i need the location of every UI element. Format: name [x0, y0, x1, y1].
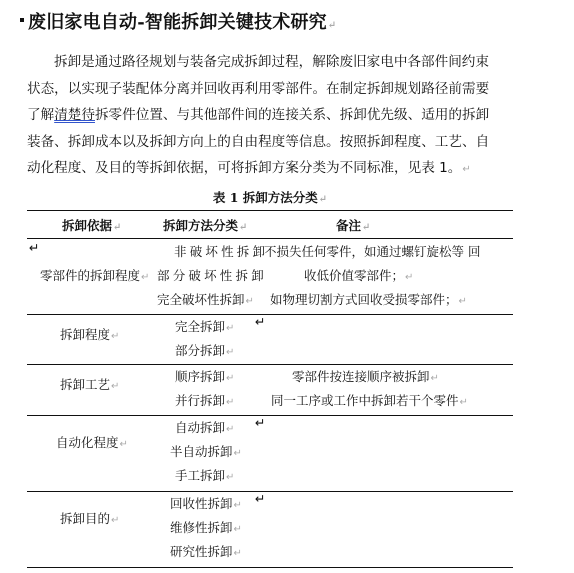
paragraph-mark-icon: ↵ [226, 323, 234, 334]
header-notes: 备注↵ [336, 216, 370, 234]
table-cell-method: 研究性拆卸↵ [170, 542, 242, 560]
paragraph-mark-icon: ↵ [431, 373, 439, 384]
table-cell-basis: 自动化程度↵ [56, 433, 128, 451]
table-top-rule [27, 210, 513, 211]
paragraph-mark-icon: ↵ [462, 164, 470, 175]
paragraph-mark-icon: ↵ [226, 397, 234, 408]
paragraph-mark-icon: ↵ [239, 222, 247, 233]
table-cell-method: 并行拆卸↵ [175, 391, 234, 409]
table-cell-method: 部分拆卸↵ [175, 341, 234, 359]
body-paragraph[interactable]: 拆卸是通过路径规划与装备完成拆卸过程，解除废旧家电中各部件间约束 状态，以实现子… [27, 49, 527, 182]
paragraph-mark-icon: ↵ [120, 439, 128, 450]
table-cell-method: 回收性拆卸↵ [170, 494, 242, 512]
title-text: 废旧家电自动-智能拆卸关键技术研究 [28, 12, 327, 33]
paragraph-mark-icon: ↵ [111, 515, 119, 526]
paragraph-mark-icon: ↵ [255, 491, 265, 506]
table-cell-basis: 零部件的拆卸程度↵ [40, 266, 149, 284]
text-run: 拆零件位置、与其他部件间的连接关系、拆卸优先级、适用的拆卸 [95, 107, 489, 123]
paragraph-mark-icon: ↵ [234, 448, 242, 459]
paragraph-mark-icon: ↵ [362, 222, 370, 233]
paragraph-mark-icon: ↵ [111, 331, 119, 342]
paragraph-mark-icon: ↵ [226, 347, 234, 358]
paragraph-line: 状态，以实现子装配体分离并回收再利用零部件。在制定拆卸规划路径前需要 [27, 76, 527, 103]
paragraph-mark-icon: ↵ [226, 472, 234, 483]
paragraph-mark-icon: ↵ [141, 272, 149, 283]
paragraph-mark-icon: ↵ [459, 296, 467, 307]
table-header-rule [27, 238, 513, 239]
table-row-rule [27, 415, 513, 416]
table-caption: 表 1 拆卸方法分类↵ [0, 188, 540, 206]
table-cell-note: 不损失任何零件，如通过螺钉旋松等 回 [264, 242, 480, 260]
header-basis: 拆卸依据↵ [62, 216, 121, 234]
table-row-rule [27, 491, 513, 492]
paragraph-line: 了解清楚待拆零件位置、与其他部件间的连接关系、拆卸优先级、适用的拆卸 [27, 102, 527, 129]
table-cell-note: 收低价值零部件；↵ [304, 266, 413, 284]
paragraph-mark-icon: ↵ [319, 194, 327, 205]
table-cell-note: 零部件按连接顺序被拆卸↵ [292, 367, 439, 385]
paragraph-mark-icon: ↵ [405, 272, 413, 283]
paragraph-line: 拆卸是通过路径规划与装备完成拆卸过程，解除废旧家电中各部件间约束 [27, 49, 527, 76]
table-cell-basis: 拆卸工艺↵ [60, 375, 119, 393]
paragraph-mark-icon: ↵ [29, 240, 39, 255]
table-cell-method: 完全破坏性拆卸↵ [157, 290, 254, 308]
caption-text: 表 1 拆卸方法分类 [213, 190, 318, 205]
text-run: 动化程度、及目的等拆卸依据，可将拆卸方案分类为不同标准，见表 1。 [27, 160, 461, 176]
table-row-rule [27, 314, 513, 315]
paragraph-mark-icon: ↵ [113, 222, 121, 233]
table-cell-method: 完全拆卸↵ [175, 317, 234, 335]
table-bottom-rule [27, 567, 513, 568]
paragraph-mark-icon: ↵ [246, 296, 254, 307]
table-cell-method: 半自动拆卸↵ [170, 442, 242, 460]
paragraph-mark-icon: ↵ [226, 424, 234, 435]
table-cell-method: 手工拆卸↵ [175, 466, 234, 484]
table-cell-method: 自动拆卸↵ [175, 418, 234, 436]
table-cell-method: 非破坏性拆卸 [174, 242, 268, 260]
paragraph-mark-icon: ↵ [226, 373, 234, 384]
paragraph-mark-icon: ↵ [255, 415, 265, 430]
text-run: 了解 [27, 107, 54, 123]
paragraph-mark-icon: ↵ [111, 381, 119, 392]
table-cell-basis: 拆卸程度↵ [60, 325, 119, 343]
table-cell-method: 顺序拆卸↵ [175, 367, 234, 385]
paragraph-mark-icon: ↵ [234, 500, 242, 511]
table-cell-note: 如物理切割方式回收受损零部件；↵ [270, 290, 467, 308]
paragraph-line: 动化程度、及目的等拆卸依据，可将拆卸方案分类为不同标准，见表 1。↵ [27, 155, 527, 182]
table-cell-method: 维修性拆卸↵ [170, 518, 242, 536]
table-cell-note: 同一工序或工作中拆卸若干个零件↵ [271, 391, 468, 409]
paragraph-mark-icon: ↵ [460, 397, 468, 408]
paragraph-mark-icon: ↵ [328, 20, 337, 31]
table-cell-basis: 拆卸目的↵ [60, 509, 119, 527]
table-cell-method: 部分破坏性拆卸 [157, 266, 267, 284]
header-method: 拆卸方法分类↵ [163, 216, 247, 234]
paragraph-line: 装备、拆卸成本以及拆卸方向上的自由程度等信息。按照拆卸程度、工艺、自 [27, 129, 527, 156]
grammar-flagged-text[interactable]: 清楚待 [54, 107, 95, 123]
heading-bullet-icon [20, 18, 24, 22]
paragraph-mark-icon: ↵ [234, 524, 242, 535]
paragraph-mark-icon: ↵ [234, 548, 242, 559]
paragraph-mark-icon: ↵ [255, 314, 265, 329]
document-title: 废旧家电自动-智能拆卸关键技术研究↵ [20, 8, 336, 34]
table-row-rule [27, 364, 513, 365]
